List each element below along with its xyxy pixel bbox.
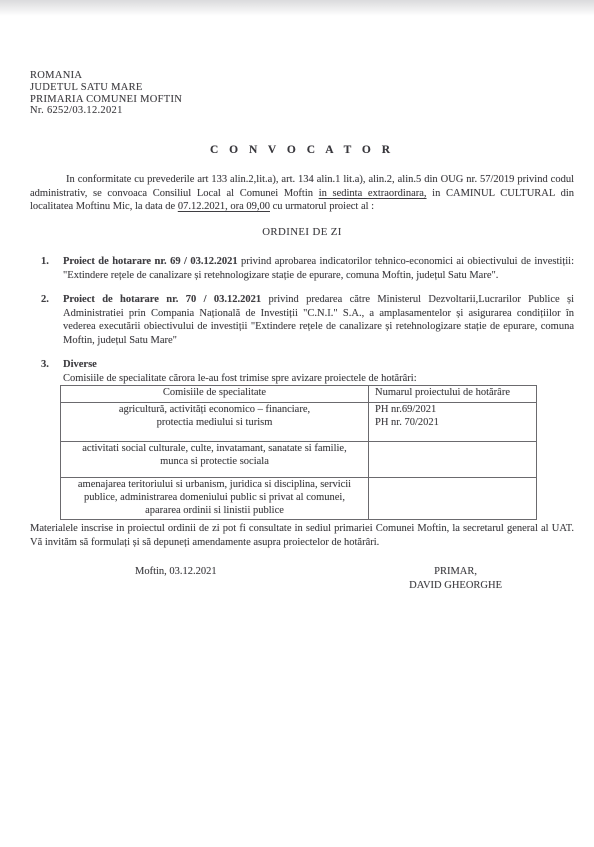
agenda-item-2-title: Proiect de hotarare nr. 70 / 03.12.2021	[63, 294, 261, 305]
commission-line: activitati social culturale, culte, inva…	[67, 443, 362, 456]
closing-paragraph: Materialele inscrise in proiectul ordini…	[30, 522, 574, 549]
intro-paragraph: In conformitate cu prevederile art 133 a…	[30, 173, 574, 214]
signature-row: Moftin, 03.12.2021 PRIMAR, DAVID GHEORGH…	[30, 565, 574, 593]
commission-line: amenajarea teritoriului si urbanism, jur…	[67, 479, 362, 492]
table-row: amenajarea teritoriului si urbanism, jur…	[61, 477, 537, 519]
project-number: PH nr.69/2021	[375, 404, 530, 417]
commission-line: publice, administrarea domeniului public…	[67, 492, 362, 505]
agenda-item-3-number: 3.	[41, 358, 55, 372]
signature-block: PRIMAR, DAVID GHEORGHE	[409, 565, 502, 593]
agenda-item-1-title: Proiect de hotarare nr. 69 / 03.12.2021	[63, 256, 238, 267]
agenda-item-1-text: Proiect de hotarare nr. 69 / 03.12.2021 …	[63, 255, 574, 282]
project-number: PH nr. 70/2021	[375, 417, 530, 430]
signatory-role: PRIMAR,	[409, 565, 502, 579]
document-title: C O N V O C A T O R	[30, 144, 574, 156]
signatory-name: DAVID GHEORGHE	[409, 579, 502, 593]
commission-line: agricultură, activități economico – fina…	[67, 404, 362, 417]
letterhead-country: ROMANIA	[30, 70, 574, 82]
intro-text-3: cu urmatorul proiect al :	[270, 201, 374, 212]
commissions-table: Comisiile de specialitate Numarul proiec…	[60, 385, 537, 520]
agenda-heading: ORDINEI DE ZI	[30, 226, 574, 240]
table-row: activitati social culturale, culte, inva…	[61, 441, 537, 477]
column-header-commission: Comisiile de specialitate	[61, 386, 369, 403]
agenda-item-2: 2. Proiect de hotarare nr. 70 / 03.12.20…	[30, 293, 574, 347]
agenda-item-1: 1. Proiect de hotarare nr. 69 / 03.12.20…	[30, 255, 574, 282]
scanned-document-page: ROMANIA JUDETUL SATU MARE PRIMARIA COMUN…	[0, 0, 594, 847]
letterhead-institution: PRIMARIA COMUNEI MOFTIN	[30, 94, 574, 106]
commissions-table-intro: Comisiile de specialitate cărora le-au f…	[63, 372, 574, 386]
table-header-row: Comisiile de specialitate Numarul proiec…	[61, 386, 537, 403]
agenda-items: 1. Proiect de hotarare nr. 69 / 03.12.20…	[30, 255, 574, 372]
date-place: Moftin, 03.12.2021	[135, 565, 217, 593]
letterhead-county: JUDETUL SATU MARE	[30, 82, 574, 94]
table-row: agricultură, activități economico – fina…	[61, 402, 537, 441]
column-header-number: Numarul proiectului de hotărâre	[369, 386, 537, 403]
agenda-item-3: 3. Diverse	[30, 358, 574, 372]
agenda-item-1-number: 1.	[41, 255, 55, 282]
agenda-item-2-text: Proiect de hotarare nr. 70 / 03.12.2021 …	[63, 293, 574, 347]
project-number-cell	[369, 441, 537, 477]
letterhead-registration-number: Nr. 6252/03.12.2021	[30, 105, 574, 117]
project-number-cell: PH nr.69/2021 PH nr. 70/2021	[369, 402, 537, 441]
intro-underlined-datetime: 07.12.2021, ora 09,00	[178, 201, 270, 212]
commission-cell: activitati social culturale, culte, inva…	[61, 441, 369, 477]
commission-cell: agricultură, activități economico – fina…	[61, 402, 369, 441]
commission-line: protectia mediului si turism	[67, 417, 362, 430]
agenda-item-3-title: Diverse	[63, 359, 97, 370]
intro-underlined-session: in sedinta extraordinara,	[319, 188, 427, 199]
agenda-item-2-number: 2.	[41, 293, 55, 347]
commission-line: munca si protectie sociala	[67, 456, 362, 469]
agenda-item-3-text: Diverse	[63, 358, 574, 372]
commission-line: apararea ordinii si linistii publice	[67, 505, 362, 518]
letterhead: ROMANIA JUDETUL SATU MARE PRIMARIA COMUN…	[30, 70, 574, 117]
project-number-cell	[369, 477, 537, 519]
commission-cell: amenajarea teritoriului si urbanism, jur…	[61, 477, 369, 519]
